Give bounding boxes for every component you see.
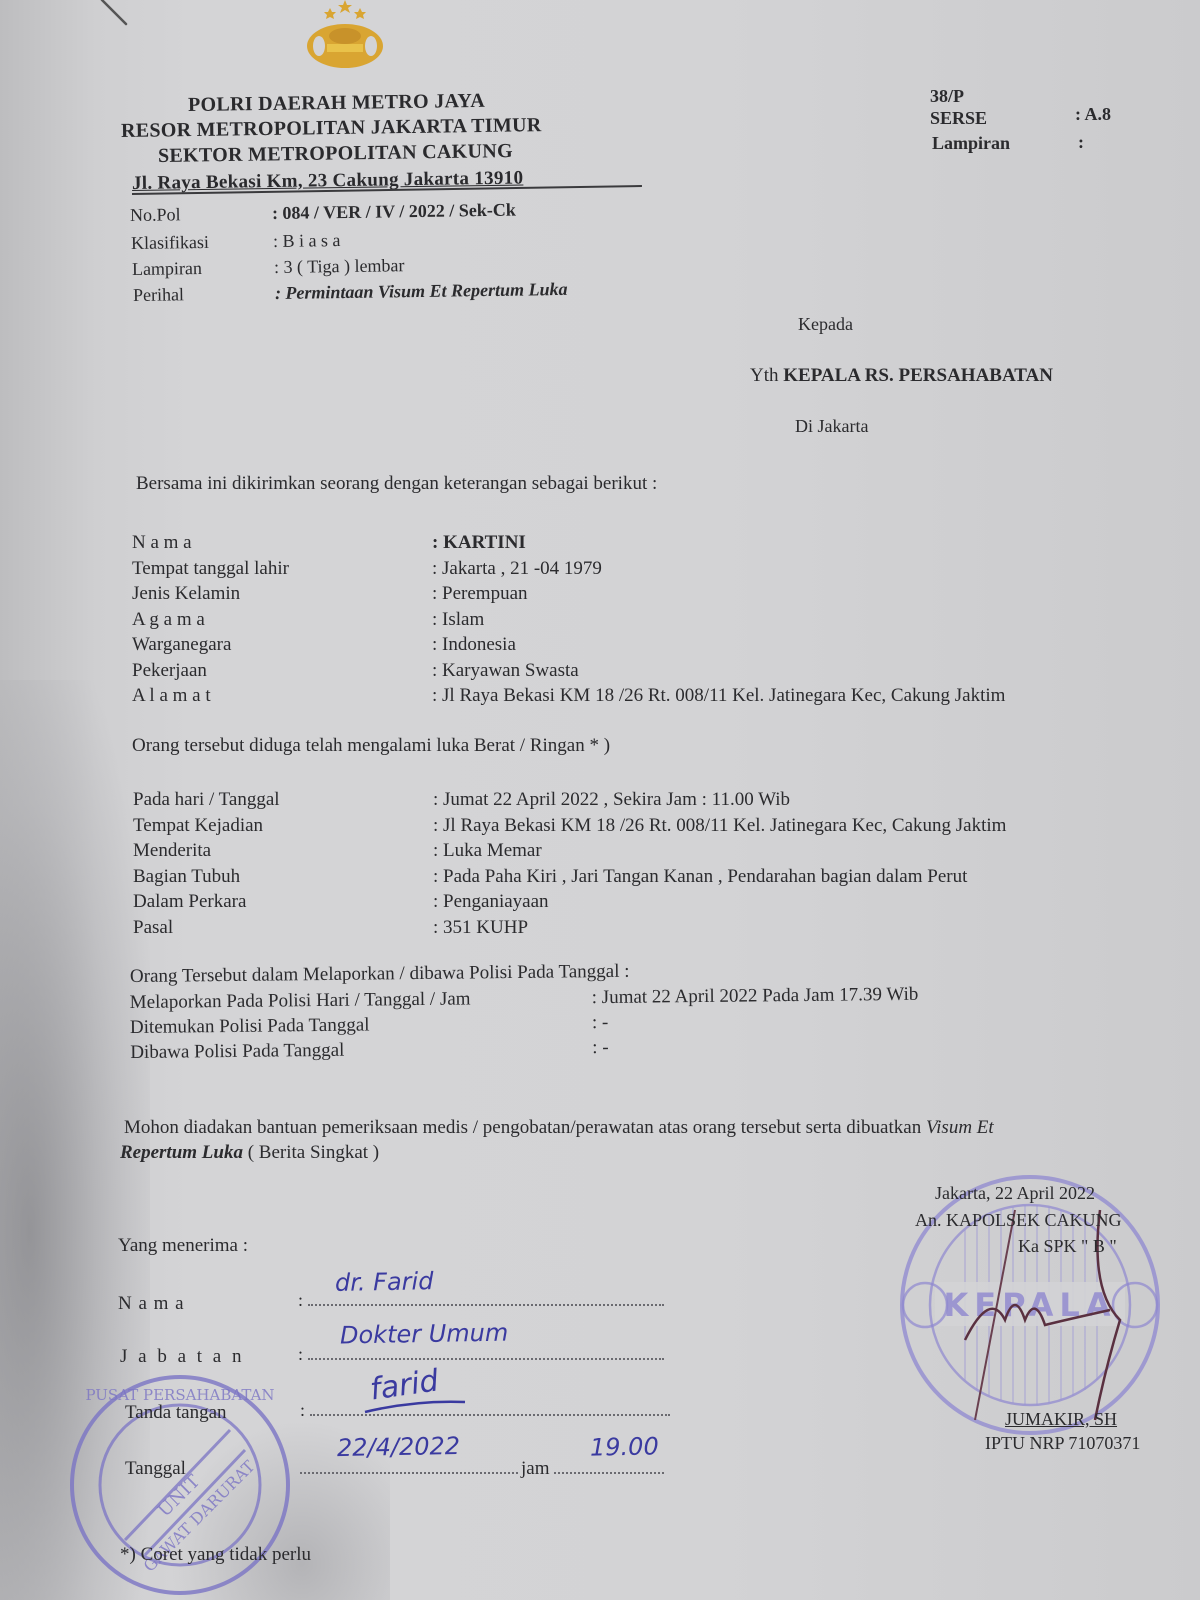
incident-row: Dalam Perkara: Penganiayaan (133, 889, 1006, 915)
corner-serse-value: : A.8 (1075, 104, 1111, 125)
recipient-location: Di Jakarta (795, 416, 868, 437)
request-text: Mohon diadakan bantuan pemeriksaan medis… (124, 1117, 994, 1139)
person-row: A g a m a: Islam (132, 607, 1005, 633)
meta-lampiran: Lampiran: 3 ( Tiga ) lembar (132, 255, 405, 280)
receiver-time-label: jam (521, 1458, 550, 1480)
signatory-title: Ka SPK " B " (1018, 1236, 1117, 1257)
signatory-place-date: Jakarta, 22 April 2022 (935, 1183, 1095, 1204)
recipient-kepada: Kepada (798, 314, 853, 335)
footnote: *) Coret yang tidak perlu (120, 1544, 311, 1566)
person-row: Jenis Kelamin: Perempuan (132, 581, 1005, 607)
injury-statement: Orang tersebut diduga telah mengalami lu… (132, 735, 610, 757)
header-line2: RESOR METROPOLITAN JAKARTA TIMUR (121, 114, 542, 143)
corner-lampiran-value: : (1078, 132, 1084, 153)
receiver-date-value: 22/4/2022 (337, 1432, 461, 1462)
person-row: Pekerjaan: Karyawan Swasta (132, 658, 1005, 684)
signature-underline (360, 1396, 470, 1416)
meta-klasifikasi: Klasifikasi: B i a s a (131, 230, 341, 254)
report-heading: Orang Tersebut dalam Melaporkan / dibawa… (130, 961, 630, 988)
recipient-line: Yth KEPALA RS. PERSAHABATAN (750, 365, 1053, 387)
person-row: Tempat tanggal lahir: Jakarta , 21 -04 1… (132, 556, 1005, 582)
receiver-signature-label: Tanda tangan (125, 1402, 227, 1424)
report-details: Melaporkan Pada Polisi Hari / Tanggal / … (130, 982, 919, 1065)
intro-text: Bersama ini dikirimkan seorang dengan ke… (136, 473, 657, 495)
receiver-name-value: dr. Farid (335, 1267, 434, 1297)
header-line3: SEKTOR METROPOLITAN CAKUNG (158, 140, 513, 168)
person-row: N a m a: KARTINI (132, 530, 1005, 556)
incident-row: Pada hari / Tanggal: Jumat 22 April 2022… (133, 787, 1006, 813)
receiver-time-value: 19.00 (590, 1432, 659, 1461)
signatory-on-behalf: An. KAPOLSEK CAKUNG (915, 1210, 1122, 1231)
header-line1: POLRI DAERAH METRO JAYA (188, 90, 485, 117)
person-row: A l a m a t: Jl Raya Bekasi KM 18 /26 Rt… (132, 683, 1005, 709)
polri-emblem-icon (305, 0, 385, 70)
meta-perihal: Perihal: Permintaan Visum Et Repertum Lu… (133, 279, 568, 306)
receiver-signature-field[interactable]: : (300, 1400, 670, 1421)
request-line2: Repertum Luka ( Berita Singkat ) (120, 1142, 379, 1164)
signatory-name: JUMAKIR, SH (1005, 1409, 1117, 1430)
incident-details: Pada hari / Tanggal: Jumat 22 April 2022… (133, 787, 1006, 940)
person-row: Warganegara: Indonesia (132, 632, 1005, 658)
incident-row: Menderita: Luka Memar (133, 838, 1006, 864)
corner-lampiran-label: Lampiran (932, 133, 1010, 154)
pen-mark (100, 0, 130, 28)
meta-nopol: No.Pol: 084 / VER / IV / 2022 / Sek-Ck (130, 200, 516, 226)
receiver-date-field[interactable] (300, 1458, 518, 1479)
receiver-name-label: N a m a (118, 1293, 185, 1315)
incident-row: Tempat Kejadian: Jl Raya Bekasi KM 18 /2… (133, 813, 1006, 839)
incident-row: Bagian Tubuh: Pada Paha Kiri , Jari Tang… (133, 864, 1006, 890)
incident-row: Pasal: 351 KUHP (133, 915, 1006, 941)
person-details: N a m a: KARTINI Tempat tanggal lahir: J… (132, 530, 1005, 709)
signatory-rank-nrp: IPTU NRP 71070371 (985, 1433, 1140, 1454)
receiver-position-value: Dokter Umum (340, 1319, 509, 1350)
corner-serse-label: SERSE (930, 108, 987, 129)
corner-code: 38/P (930, 86, 964, 107)
svg-text:KEPALA: KEPALA (943, 1286, 1116, 1324)
receiver-position-label: J a b a t a n (120, 1346, 244, 1368)
receiver-date-label: Tanggal (125, 1458, 186, 1480)
receiver-heading: Yang menerima : (118, 1235, 248, 1257)
